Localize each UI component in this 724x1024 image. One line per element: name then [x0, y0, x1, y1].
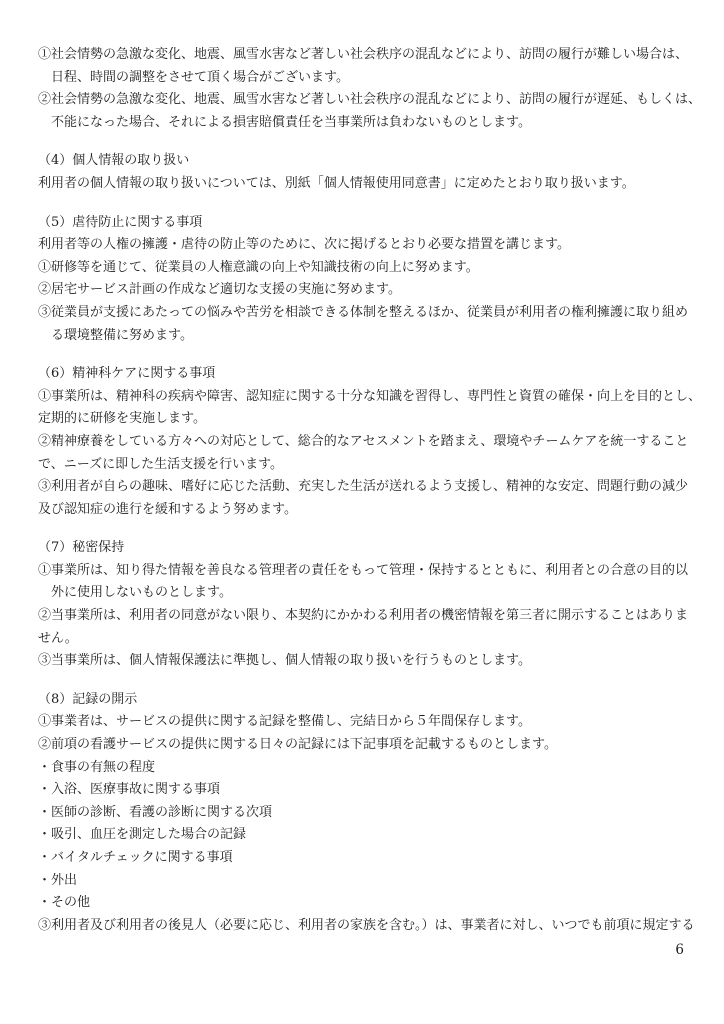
text-line: 不能になった場合、それによる損害賠償責任を当事業所は負わないものとします。 — [38, 112, 688, 135]
section-block: ①社会情勢の急激な変化、地震、風雪水害など著しい社会秩序の混乱などにより、訪問の… — [38, 44, 688, 134]
section-block: （8）記録の開示①事業者は、サービスの提供に関する記録を整備し、完結日から５年間… — [38, 689, 688, 938]
text-line: ①研修等を通じて、従業員の人権意識の向上や知識技術の向上に努めます。 — [38, 257, 688, 280]
text-line: ③利用者及び利用者の後見人（必要に応じ、利用者の家族を含む。）は、事業者に対し、… — [38, 915, 688, 938]
document-page: ①社会情勢の急激な変化、地震、風雪水害など著しい社会秩序の混乱などにより、訪問の… — [0, 0, 724, 1024]
text-line: 日程、時間の調整をさせて頂く場合がございます。 — [38, 67, 688, 90]
text-line: 外に使用しないものとします。 — [38, 582, 688, 605]
text-line: ①事業所は、精神科の疾病や障害、認知症に関する十分な知識を習得し、専門性と資質の… — [38, 386, 688, 409]
text-line: ・食事の有無の程度 — [38, 757, 688, 780]
document-body: ①社会情勢の急激な変化、地震、風雪水害など著しい社会秩序の混乱などにより、訪問の… — [38, 44, 688, 953]
text-line: ・バイタルチェックに関する事項 — [38, 847, 688, 870]
page-number: 6 — [675, 940, 684, 960]
section-block: （7）秘密保持①事業所は、知り得た情報を善良なる管理者の責任をもって管理・保持す… — [38, 537, 688, 673]
text-line: 及び認知症の進行を緩和するよう努めます。 — [38, 499, 688, 522]
text-line: 利用者の個人情報の取り扱いについては、別紙「個人情報使用同意書」に定めたとおり取… — [38, 173, 688, 196]
section-heading: （4）個人情報の取り扱い — [38, 150, 688, 173]
text-line: ②居宅サービス計画の作成など適切な支援の実施に努めます。 — [38, 279, 688, 302]
section-block: （5）虐待防止に関する事項利用者等の人権の擁護・虐待の防止等のために、次に掲げる… — [38, 212, 688, 348]
section-heading: （7）秘密保持 — [38, 537, 688, 560]
section-heading: （8）記録の開示 — [38, 689, 688, 712]
text-line: ①社会情勢の急激な変化、地震、風雪水害など著しい社会秩序の混乱などにより、訪問の… — [38, 44, 688, 67]
text-line: ・医師の診断、看護の診断に関する次項 — [38, 802, 688, 825]
section-heading: （5）虐待防止に関する事項 — [38, 212, 688, 235]
text-line: ②前項の看護サービスの提供に関する日々の記録には下記事項を記載するものとします。 — [38, 734, 688, 757]
text-line: せん。 — [38, 628, 688, 651]
text-line: ③当事業所は、個人情報保護法に準拠し、個人情報の取り扱いを行うものとします。 — [38, 650, 688, 673]
text-line: ③従業員が支援にあたっての悩みや苦労を相談できる体制を整えるほか、従業員が利用者… — [38, 302, 688, 325]
text-line: ①事業所は、知り得た情報を善良なる管理者の責任をもって管理・保持するとともに、利… — [38, 560, 688, 583]
text-line: ・その他 — [38, 892, 688, 915]
text-line: る環境整備に努めます。 — [38, 325, 688, 348]
text-line: ①事業者は、サービスの提供に関する記録を整備し、完結日から５年間保存します。 — [38, 711, 688, 734]
text-line: 定期的に研修を実施します。 — [38, 408, 688, 431]
text-line: ・外出 — [38, 870, 688, 893]
text-line: ・入浴、医療事故に関する事項 — [38, 779, 688, 802]
text-line: 利用者等の人権の擁護・虐待の防止等のために、次に掲げるとおり必要な措置を講じます… — [38, 234, 688, 257]
section-heading: （6）精神科ケアに関する事項 — [38, 363, 688, 386]
text-line: ②当事業所は、利用者の同意がない限り、本契約にかかわる利用者の機密情報を第三者に… — [38, 605, 688, 628]
section-block: （6）精神科ケアに関する事項①事業所は、精神科の疾病や障害、認知症に関する十分な… — [38, 363, 688, 521]
text-line: ・吸引、血圧を測定した場合の記録 — [38, 824, 688, 847]
text-line: で、ニーズに即した生活支援を行います。 — [38, 454, 688, 477]
text-line: ②精神療養をしている方々への対応として、総合的なアセスメントを踏まえ、環境やチー… — [38, 431, 688, 454]
text-line: ②社会情勢の急激な変化、地震、風雪水害など著しい社会秩序の混乱などにより、訪問の… — [38, 89, 688, 112]
text-line: ③利用者が自らの趣味、嗜好に応じた活動、充実した生活が送れるよう支援し、精神的な… — [38, 476, 688, 499]
section-block: （4）個人情報の取り扱い利用者の個人情報の取り扱いについては、別紙「個人情報使用… — [38, 150, 688, 195]
